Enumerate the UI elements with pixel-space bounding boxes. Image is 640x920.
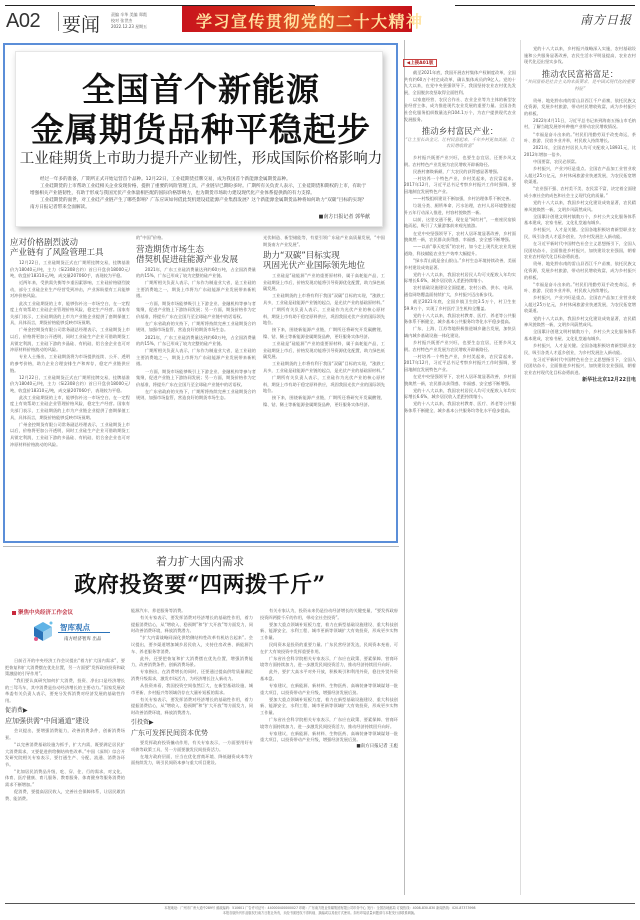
right-column-2: 党的十八大以来，乡村振兴战略深入实施，农村基础设施和公共服务显著改善，农民生活水… bbox=[524, 46, 636, 896]
paragraph: 广期所相关负责人表示，广东作为制造业大省，是工业硅的主要消费地之一，期货上市将为… bbox=[136, 280, 256, 300]
lower-byline: ■南方日报记者 王彪 bbox=[260, 744, 398, 751]
paragraph: 有关专家表示，要发挥消费对经济增长的基础性作用，着力提振消费信心，从“增收入、稳… bbox=[131, 697, 253, 717]
lead-column-2: 的“中国”价格。 营造期货市场生态 借契机促进硅能源产业发展 2021年，广东工… bbox=[136, 235, 256, 540]
paragraph: 此外，要扩大高水平对外开放，积极吸引和利用外资，稳住外贸外资基本盘。 bbox=[260, 669, 398, 682]
think-tank-subtitle: 南方经济智库 出品 bbox=[64, 636, 101, 642]
paragraph: 以家庭经营、农民合作社、农业企业等为主体的新型农业经营主体，成为推进现代农业发展… bbox=[404, 97, 516, 123]
lead-col3-subhead: 助力“双碳”目标实现 巩固光伏产业国际领先地位 bbox=[263, 251, 385, 271]
paragraph: 12月22日，工业硅期货正式在广期所挂牌交易，挂牌基准价为18040元/吨，主力… bbox=[10, 260, 130, 280]
theme-banner: 学习宣传贯彻党的二十大精神 bbox=[182, 6, 412, 32]
section-head: 推动乡村富民产业： bbox=[404, 129, 516, 136]
paragraph: 党的十八大以来，我国乡村文化建设成效显著，农民精神风貌焕然一新，文明乡风蔚然成风… bbox=[524, 316, 636, 329]
intro-paragraph: 工业硅期货的上市帮助工业硅相关企业发现价格，提供了重要的风险管理工具，产业链早已… bbox=[30, 183, 370, 197]
topic-tag: 聚焦中央经济工作会议 bbox=[12, 608, 73, 616]
paragraph: 乡村振兴，产业兴旺是重点。全国农产品加工业营业收入超过25万亿元，乡村休闲旅游业… bbox=[524, 166, 636, 186]
subsection-label: 促消费▶ bbox=[5, 708, 125, 715]
paragraph: 专业人士指出，工业硅期货将为市场提供连续、公开、透明的参考价格，助力企业合理安排… bbox=[10, 354, 130, 374]
paragraph: 党的十八大以来，我国农村居民人均可支配收入年均实际增长6.6%，城乡居民收入差距… bbox=[404, 388, 516, 401]
paragraph: 工业硅是“硅能源”产业的重要原材料，属于高耗能产品，工业硅期货上市后，价格发现功… bbox=[263, 341, 385, 361]
paragraph: 2021年，广东工业硅消费量达到约60万吨，占全国消费量的约15%，广东已形成了… bbox=[136, 335, 256, 348]
paragraph: 工业硅期货的上市将有利于我国“双碳”目标的实现，“涨跌工具多，工业硅是硅能源产业… bbox=[263, 293, 385, 306]
lead-story-box: 全国首个新能源 金属期货品种平稳起步 工业硅期货上市助力提升产业韧性，形成国际价… bbox=[3, 43, 398, 543]
paragraph: 广州金控期货有限公司常务副总经理表示，工业硅期货上市以后，价格将更加公开透明，同… bbox=[10, 327, 130, 353]
paragraph: 党的十八大以来，我国农村居民人均可支配收入年均实际增长6.6%，城乡居民收入差距… bbox=[404, 272, 516, 285]
paragraph: 贵州、地处黔东南的雷山县西江千户苗寨，依托民族文化资源，发展乡村旅游，带动村民增… bbox=[524, 261, 636, 281]
paragraph: 促消费，要提高居民收入，完善社会保障体系，让居民敢消费、能消费。 bbox=[5, 789, 125, 802]
paragraph: “比如居民消费品升级，吃、穿、住、行的需求，对文化、体育、医疗健康、育儿服务、教… bbox=[5, 769, 125, 789]
paragraph: 有关专家表示，要发挥消费对经济增长的基础性作用，着力提振消费信心，从“增收入、稳… bbox=[131, 615, 253, 635]
paragraph: 广东、上海、江苏等地积极推进城乡融合发展，加快县域内城乡基础设施一体化建设。 bbox=[404, 326, 516, 339]
paragraph: “幸福是奋斗出来的。”村民们用勤劳双手改变命运，茶叶、旅游、民宿多业并举，村民收… bbox=[524, 132, 636, 145]
paragraph: “我们要认真研究如何扩大消费，投资、净出口是经济增长的三驾马车，其中消费是拉动经… bbox=[5, 678, 125, 704]
paragraph: 光伏制造、新型储能等，有望引领广东硅产业高质量发展，“中国期货南方产业发展”。 bbox=[263, 235, 385, 248]
continued-from-tag: ◀上接A01版 bbox=[403, 59, 437, 67]
paragraph: 工业硅期货的上市将有利于我国“双碳”目标的实现，“涨跌工具多，工业硅是硅能源产业… bbox=[263, 361, 385, 374]
editor-info: 责编 辛华 美编 郑霞 校对 张世杰 2022.12.23 星期五 bbox=[111, 12, 161, 30]
paragraph: 广东省社会科学院相关专家表示，广东应在政策、要素保障、营商环境等方面持续加力，进… bbox=[260, 656, 398, 669]
dateline: 新华社北京12月22日电 bbox=[524, 377, 636, 384]
page-number: A02 bbox=[6, 10, 40, 33]
paragraph: 党的十八大以来，乡村振兴战略深入实施，农村基础设施和公共服务显著改善，农民生活水… bbox=[524, 46, 636, 66]
paragraph: 接下来，围绕新能源产业链，广期所还将研究开发碳酸锂、镍、钴、稀土等新能源金属期货… bbox=[263, 327, 385, 340]
footer-rule bbox=[5, 903, 635, 904]
paragraph: 此次工业硅期货的上市，能够弥补这一市场空白，在一定程度上有效帮助工业硅企业管理价… bbox=[10, 301, 130, 327]
lead-column-3: 光伏制造、新型储能等，有望引领广东硅产业高质量发展，“中国期货南方产业发展”。 … bbox=[263, 235, 385, 540]
paragraph: “幸福是奋斗出来的。”村民们用勤劳双手改变命运，茶叶、旅游、民宿多业并举，村民收… bbox=[524, 282, 636, 295]
paragraph: 此外，还要把恢复和扩大消费摆在优先位置，增强消费能力，改善消费条件，创新消费场景… bbox=[131, 656, 253, 669]
paragraph: 专家建议，在新能源、新材料、生物医药、高端装备等领域谋划一批重大项目，以投资带动… bbox=[260, 731, 398, 744]
paragraph: 民族村寨焕新颜，广大农民的获得感显著增强。 bbox=[404, 169, 516, 176]
intro-paragraph: 经过一年多的准备，广期所正式开始运营首个品种。12月22日，工业硅期货挂牌交易，… bbox=[30, 176, 370, 183]
paragraph: “扩大内需战略同深化供给侧结构性改革有机结合起来”。会议提出，要多渠道增加城乡居… bbox=[131, 635, 253, 655]
paragraph: 2021年，全国农村居民人均可支配收入18931元，比2012年增加一倍多。 bbox=[524, 145, 636, 158]
lead-byline: ■南方日报记者 郭华献 bbox=[319, 213, 370, 220]
issue-date: 2022.12.23 星期五 bbox=[111, 24, 161, 30]
paragraph: 乡村振兴，人才是关键。全国各地积极培育新型职业农民，吸引各类人才返乡创业，为乡村… bbox=[524, 343, 636, 356]
paragraph: 广州金控期货有限公司常务副总经理表示，工业硅期货上市以后，价格将更加公开透明，同… bbox=[10, 422, 130, 448]
paragraph: 一方面，期货市场能够吸引上下游企业、金融机构等参与者集聚，促进产业链上下游协同发… bbox=[136, 369, 256, 389]
paragraph: 党的十八大以来，我国农村教育、医疗、养老等公共服务体系不断健全，城乡基本公共服务… bbox=[404, 313, 516, 326]
paragraph: 专家指出，在消费增长的同时，还要通过提高供给质量满足消费升级需求，激发市场活力，… bbox=[131, 669, 253, 682]
paragraph: 能源汽车、养老服务等消费。 bbox=[131, 608, 253, 615]
paragraph: 全国累计创建文明村镇数万个，乡村公共文化服务体系基本建成，农家书屋、文化礼堂遍布… bbox=[524, 329, 636, 342]
subsection-label: 引投资▶ bbox=[131, 720, 253, 727]
paragraph: 要发挥政府投资撬动作用，有关专家表示，一方面要用好专项债等政策工具，另一方面要激… bbox=[131, 740, 253, 753]
masthead: A02 要闻 责编 辛华 美编 郑霞 校对 张世杰 2022.12.23 星期五… bbox=[0, 0, 640, 40]
paragraph: 截至2021年底，我国开展农村集体产权制度改革，全国共有约60万个村完成改革，确… bbox=[404, 70, 516, 96]
paragraph: 乡村振兴既要产业兴旺，也要生态宜居，还要乡风文明。农村特色产业发展为农民增收开辟… bbox=[404, 340, 516, 353]
header-divider bbox=[58, 12, 59, 31]
paragraph: 在习近平新时代中国特色社会主义思想指引下，全国人民团结奋斗，全面推进乡村振兴，加… bbox=[524, 241, 636, 261]
paragraph: 以前，这里交通不便，现在是“网红村”，一座座民宿拔地而起，吸引了大量游客前来观光… bbox=[404, 217, 516, 230]
intro-paragraph: 工业硅期货的面世，对工业硅产业链产生了哪些影响？广东应该如何借此契机建设硅能源产… bbox=[30, 197, 370, 211]
paragraph: 2022年4月11日，习近平总书记来到海南五指山市毛纳村，了解当地发展茶叶种植产… bbox=[524, 118, 636, 131]
story-divider bbox=[3, 546, 399, 547]
paragraph: ——村级组织建设不断加强，乡村治理体系不断完善。 bbox=[404, 196, 516, 203]
paragraph: 全国累计创建文明村镇数万个，乡村公共文化服务体系基本建成，农家书屋、文化礼堂遍布… bbox=[524, 214, 636, 227]
paragraph: 垃圾分类、厕所革命、污水治理，农村人居环境整治提升五年行动深入推进，村容村貌焕然… bbox=[404, 203, 516, 216]
lower-column-2: 能源汽车、养老服务等消费。 有关专家表示，要发挥消费对经济增长的基础性作用，着力… bbox=[131, 608, 253, 896]
newspaper-logo: 南方日报 bbox=[580, 11, 632, 28]
paragraph: 一村培养一个特色产业，乡村美起来，农民富起来。2017年12月，习近平总书记考察… bbox=[404, 354, 516, 374]
paragraph: 2021年，广东工业硅消费量达到约60万吨，占全国消费量的约15%，广东已形成了… bbox=[136, 267, 256, 280]
lead-headline-card: 全国首个新能源 金属期货品种平稳起步 工业硅期货上市助力提升产业韧性，形成国际价… bbox=[15, 51, 383, 227]
section-title: 要闻 bbox=[62, 10, 100, 37]
paragraph: 一村培养一个特色产业，乡村美起来，农民富起来。2017年12月，习近平总书记考察… bbox=[404, 176, 516, 196]
paragraph: 接下来，围绕新能源产业链，广期所还将研究开发碳酸锂、镍、钴、稀土等新能源金属期货… bbox=[263, 395, 385, 408]
paragraph: 此次工业硅期货的上市，能够弥补这一市场空白，在一定程度上有效帮助工业硅企业管理价… bbox=[10, 395, 130, 421]
paragraph: 12月22日，工业硅期货正式在广期所挂牌交易，挂牌基准价为18040元/吨，主力… bbox=[10, 375, 130, 395]
paragraph: 党的十八大以来，我国乡村文化建设成效显著，农民精神风貌焕然一新，文明乡风蔚然成风… bbox=[524, 200, 636, 213]
paragraph: 中国要富，农民必须富。 bbox=[524, 159, 636, 166]
lead-col1-subhead: 应对价格剧烈波动 产业链有了风险管理工具 bbox=[10, 238, 130, 258]
paragraph: 贵州、地处黔东南的雷山县西江千户苗寨，依托民族文化资源，发展乡村旅游，带动村民增… bbox=[524, 98, 636, 118]
paragraph: 在广东省政府的支持下，广期所将持续完善工业硅期货合约规则，加强市场监管，营造良好… bbox=[136, 321, 256, 334]
section-quote: “让土里长出金元，让村民富起来，千年乡村更加美丽，让农民增收致富” bbox=[404, 138, 516, 151]
paragraph: 民间资本是投资的重要力量。广东民营经济发达，民间资本充裕，可在扩大有效投资中发挥… bbox=[260, 642, 398, 655]
paragraph: “农业强不强、农村美不美、农民富不富，决定着全面建成小康社会的成色和社会主义现代… bbox=[524, 186, 636, 199]
paragraph: 的“中国”价格。 bbox=[136, 235, 256, 242]
paragraph: 广期所相关负责人表示，广东作为制造业大省，是工业硅的主要消费地之一，期货上市将为… bbox=[136, 348, 256, 368]
lower-column-1: 日前召开的中央经济工作会议提出“着力扩大国内需求”，要把恢复和扩大消费摆在优先位… bbox=[5, 658, 125, 896]
paragraph: 截至2021年底，全国乡镇卫生院3.5万个，村卫生室59.9万个，实现了乡村医疗… bbox=[404, 299, 516, 312]
footer-line: 本报各版所刊作品版权归南方日报社所有，未经书面授权不得转载、摘编或以其他方式使用… bbox=[10, 911, 630, 916]
paragraph: 日前召开的中央经济工作会议提出“着力扩大国内需求”，要把恢复和扩大消费摆在优先位… bbox=[5, 658, 125, 678]
paragraph: 在党中央坚强领导下，农村人居环境显著改善，乡村面貌焕然一新，农民群众获得感、幸福… bbox=[404, 231, 516, 244]
paragraph: 要加大重点领域补短板力度，着力在新型基础设施建设、重大科技创新、能源安全、水利工… bbox=[260, 622, 398, 642]
paragraph: 在党中央坚强领导下，农村人居环境显著改善，乡村面貌焕然一新，农民群众获得感、幸福… bbox=[404, 374, 516, 387]
paragraph: 一方面，期货市场能够吸引上下游企业、金融机构等参与者集聚，促进产业链上下游协同发… bbox=[136, 301, 256, 321]
paragraph: 在广东省政府的支持下，广期所将持续完善工业硅期货合约规则，加强市场监管，营造良好… bbox=[136, 389, 256, 402]
lower-kicker: 着力扩大国内需求 bbox=[0, 553, 400, 569]
lead-intro: 经过一年多的准备，广期所正式开始运营首个品种。12月22日，工业硅期货挂牌交易，… bbox=[30, 176, 370, 211]
lower-headline: 政府投资要“四两拨千斤” bbox=[0, 568, 400, 599]
lower-column-3: 有关专家认为，投资未来仍是拉动经济增长的关键变量，“要发挥政府投资四两拨千斤的作… bbox=[260, 608, 398, 896]
paragraph: 广期所有关负责人表示，工业硅作为光伏产业的核心原材料，期货上市有助于稳定原料供应… bbox=[263, 307, 385, 327]
paragraph: ——以前“靠天吃饭”的农村，如今走上现代化农业发展道路，科技赋能农业生产效率大幅… bbox=[404, 244, 516, 257]
paragraph: 农村基础设施建设全面提速，农村公路、供水、电网、通信网络覆盖面持续扩大，乡村振兴… bbox=[404, 285, 516, 298]
think-tank-logo: 智库观点 南方经济智库 出品 bbox=[28, 616, 116, 654]
paragraph: 工业硅是“硅能源”产业的重要原材料，属于高耗能产品，工业硅期货上市后，价格发现功… bbox=[263, 273, 385, 293]
paragraph: 在习近平新时代中国特色社会主义思想指引下，全国人民团结奋斗，全面推进乡村振兴，加… bbox=[524, 357, 636, 377]
paragraph: 在地方政府层面，应当在优化营商环境、降低融资成本等方面持续发力，吸引民间资本参与… bbox=[131, 754, 253, 767]
paragraph: 专家建议，在新能源、新材料、生物医药、高端装备等领域谋划一批重大项目，以投资带动… bbox=[260, 683, 398, 696]
think-tank-rule bbox=[58, 632, 110, 633]
lead-headline-line2: 金属期货品种平稳起步 bbox=[16, 104, 386, 151]
right-column-1: 截至2021年底，我国开展农村集体产权制度改革，全国共有约60万个村完成改革，确… bbox=[404, 70, 516, 896]
header-rule-right bbox=[455, 5, 635, 6]
lead-subheadline: 工业硅期货上市助力提升产业韧性，形成国际价格影响力 bbox=[16, 147, 386, 168]
subsection-head: 应加强供需“中间通道”建设 bbox=[5, 717, 125, 726]
cube-icon bbox=[32, 620, 54, 642]
paragraph: 广东省社会科学院相关专家表示，广东应在政策、要素保障、营商环境等方面持续加力，进… bbox=[260, 717, 398, 730]
column-divider bbox=[520, 40, 521, 895]
paragraph: 从投资来看，我国投资空间依然巨大，在新型基础设施、城市更新、乡村振兴等领域仍存在… bbox=[131, 683, 253, 696]
paragraph: 乡村振兴，人才是关键。全国各地积极培育新型职业农民，吸引各类人才返乡创业，为乡村… bbox=[524, 227, 636, 240]
section-head: 推动农民富裕富足： bbox=[524, 72, 636, 79]
paragraph: 党的十八大以来，我国农村教育、医疗、养老等公共服务体系不断健全，城乡基本公共服务… bbox=[404, 401, 516, 414]
paragraph: 广期所有关负责人表示，工业硅作为光伏产业的核心原材料，期货上市有助于稳定原料供应… bbox=[263, 375, 385, 395]
paragraph: “绿水青山就是金山银山。”乡村生态环境持续改善，美丽乡村建设成效显著。 bbox=[404, 258, 516, 271]
paragraph: 乡村振兴，产业兴旺是重点。全国农产品加工业营业收入超过25万亿元，乡村休闲旅游业… bbox=[524, 295, 636, 315]
footer-imprint: 本报地址：广州市广州大道中289号 邮政编码：510601 广告许可证号：440… bbox=[10, 906, 630, 915]
paragraph: 有关专家认为，投资未来仍是拉动经济增长的关键变量，“要发挥政府投资四两拨千斤的作… bbox=[260, 608, 398, 621]
subsection-head: 广东可发挥民间资本优势 bbox=[131, 729, 253, 738]
paragraph: 近两年来，受供需失衡等多重因素影响，工业硅价格剧烈波动，部分工业硅企业生产经营受… bbox=[10, 280, 130, 300]
banner-text: 学习宣传贯彻党的二十大精神 bbox=[196, 9, 424, 32]
lead-col2-subhead: 营造期货市场生态 借契机促进硅能源产业发展 bbox=[136, 245, 256, 265]
paragraph: “以完善消费基础设施为抓手，扩大内需，既要满足居民扩大消费需求，又要促进供给侧结… bbox=[5, 742, 125, 768]
paragraph: 会议提出，要增强消费能力，改善消费条件，创新消费场景。 bbox=[5, 728, 125, 741]
lead-column-1: 应对价格剧烈波动 产业链有了风险管理工具 12月22日，工业硅期货正式在广期所挂… bbox=[10, 235, 130, 540]
paragraph: 乡村振兴既要产业兴旺，也要生态宜居，还要乡风文明。农村特色产业发展为农民增收开辟… bbox=[404, 155, 516, 168]
paragraph: 要加大重点领域补短板力度，着力在新型基础设施建设、重大科技创新、能源安全、水利工… bbox=[260, 697, 398, 717]
section-quote: “共同富裕是社会主义的本质要求，是中国式现代化的重要特征” bbox=[524, 80, 636, 93]
